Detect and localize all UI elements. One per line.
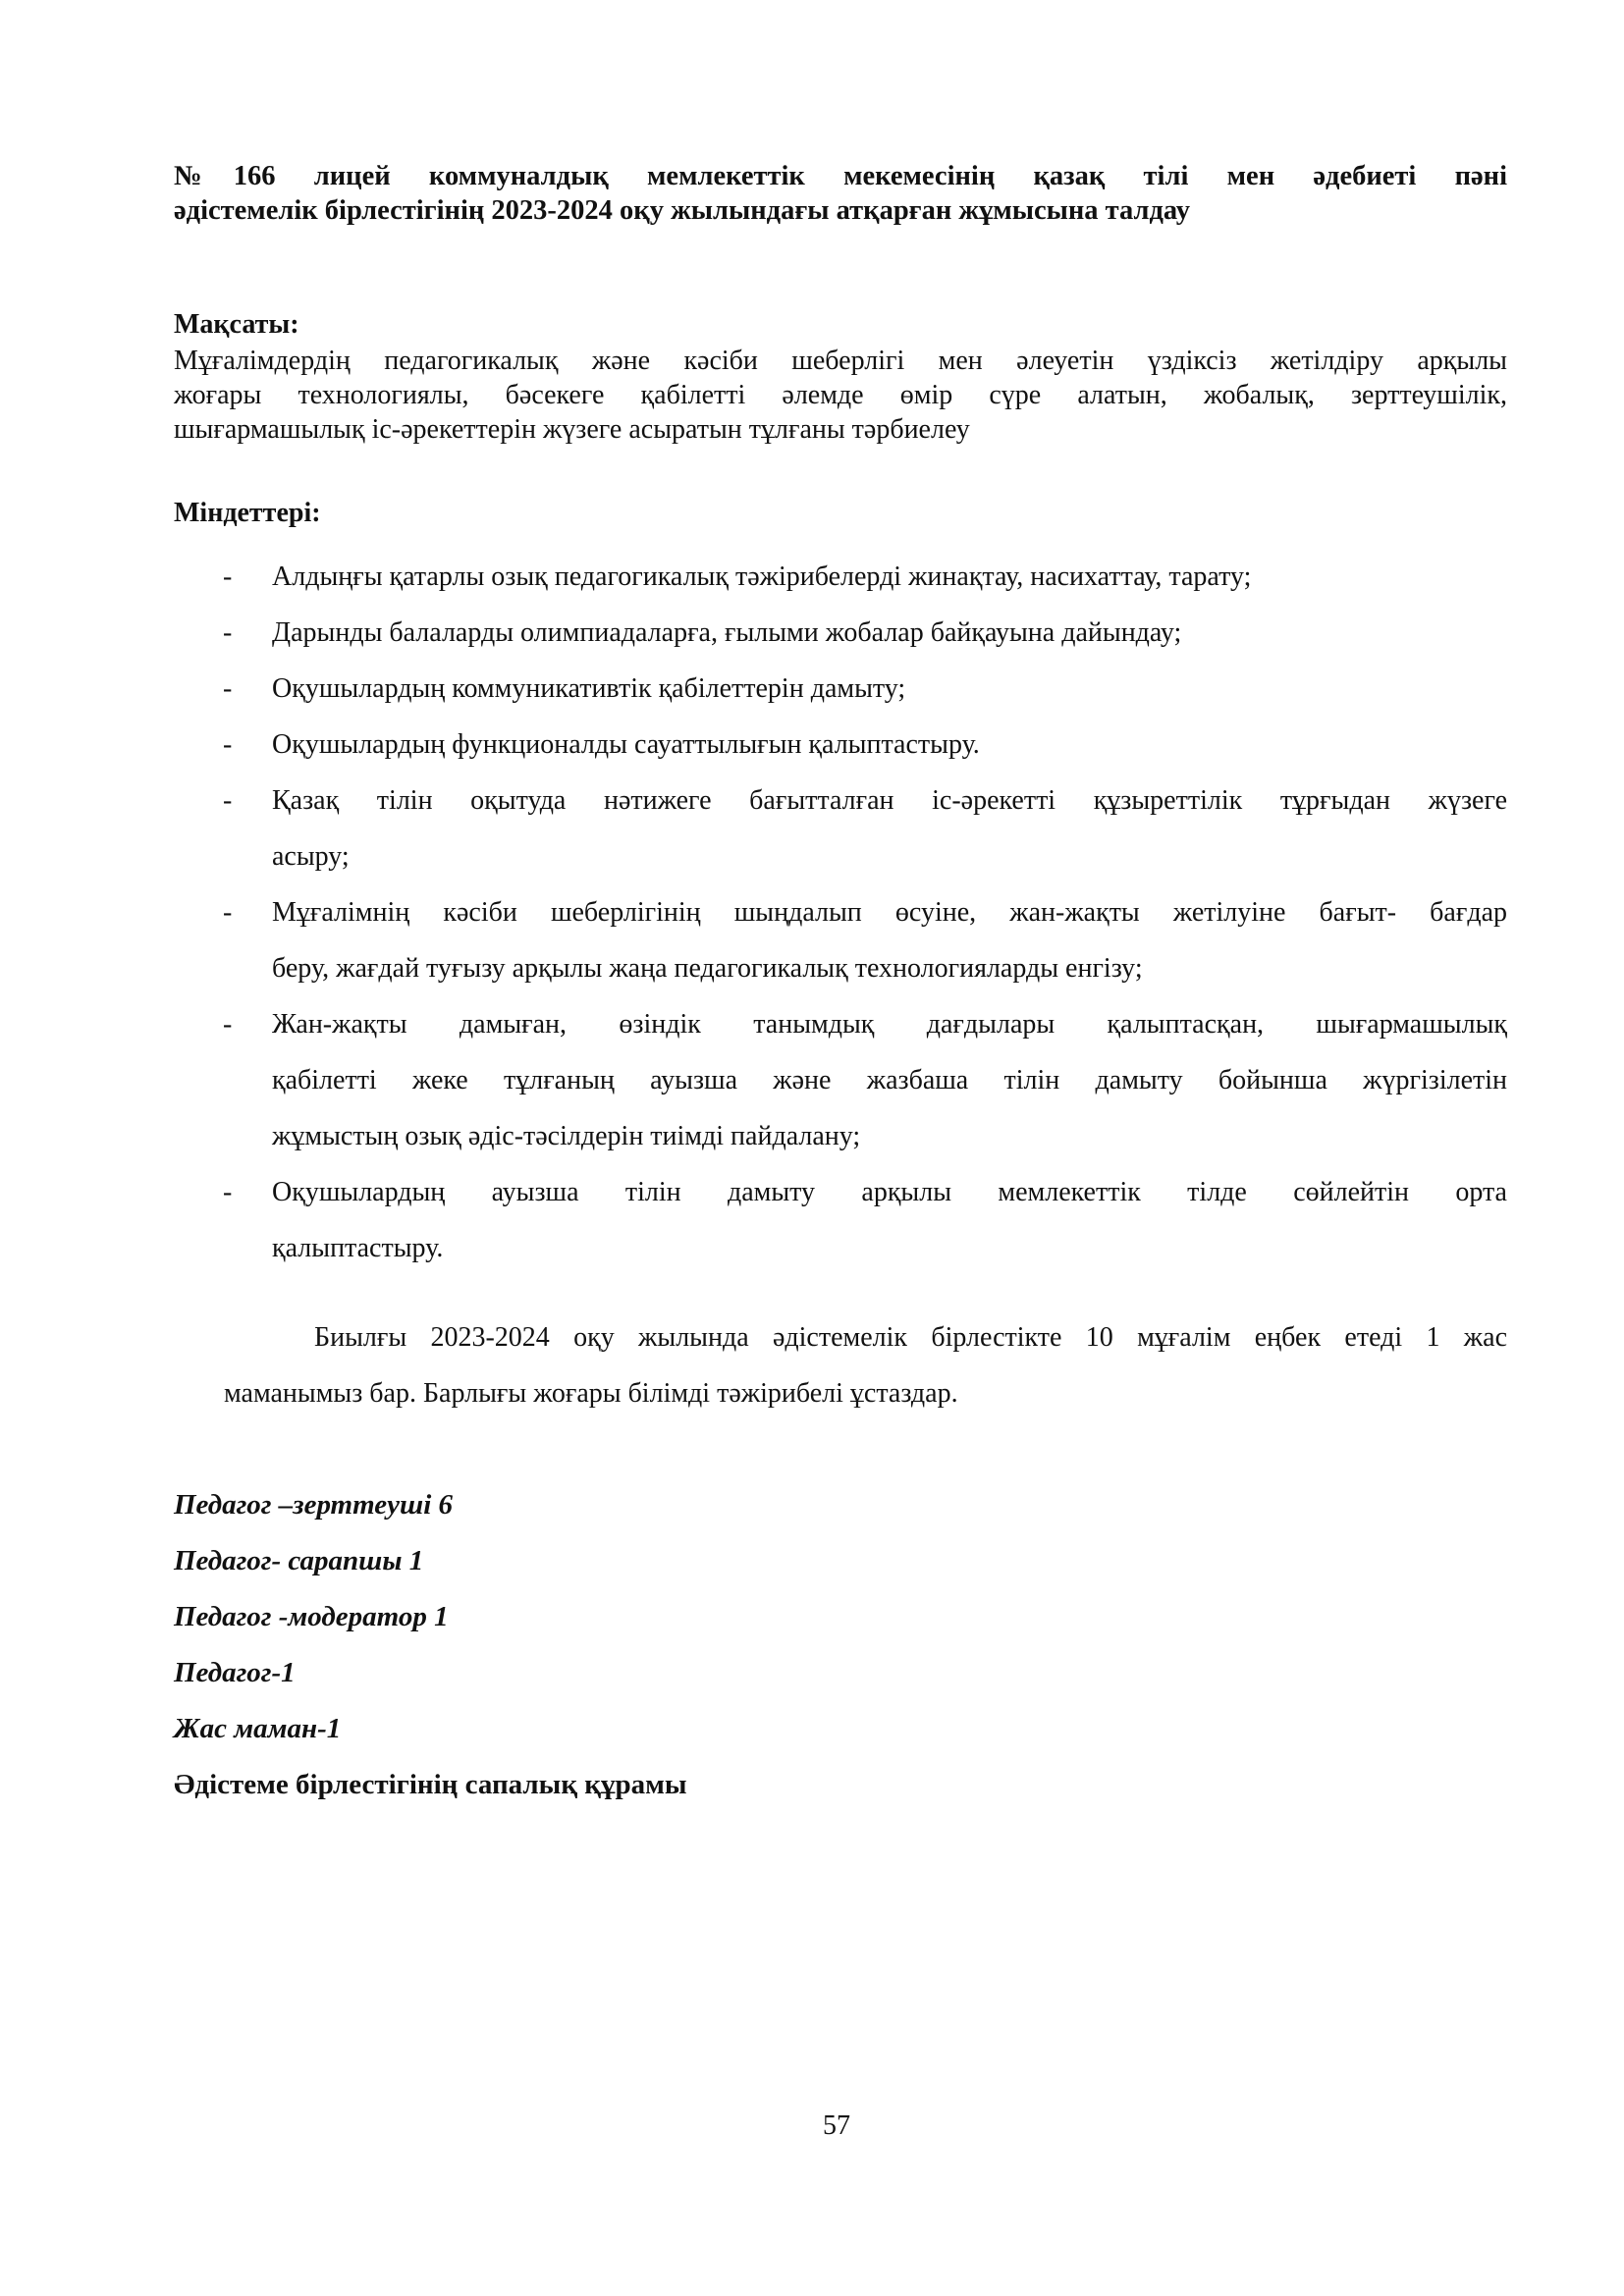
title-line-2: әдістемелік бірлестігінің 2023-2024 оқу …	[174, 193, 1507, 228]
task-line: Дарынды балаларды олимпиадаларға, ғылыми…	[272, 605, 1507, 661]
page-number: 57	[0, 2110, 1624, 2142]
staff-item: Педагог -модератор 1	[174, 1589, 453, 1645]
staff-item: Педагог- сарапшы 1	[174, 1533, 453, 1589]
task-line: жұмыстың озық әдіс-тәсілдерін тиімді пай…	[272, 1108, 1507, 1164]
task-item: -Мұғалімнің кәсіби шеберлігінің шыңдалып…	[174, 884, 1507, 996]
staff-item: Педагог-1	[174, 1645, 453, 1701]
staff-list: Педагог –зерттеуші 6 Педагог- сарапшы 1 …	[174, 1477, 453, 1757]
task-line: Оқушылардың функционалды сауаттылығын қа…	[272, 717, 1507, 773]
bullet-dash: -	[223, 661, 232, 717]
bullet-dash: -	[223, 884, 232, 940]
task-line: Қазақ тілін оқытуда нәтижеге бағытталған…	[272, 773, 1507, 828]
document-page: №166 лицей коммуналдық мемлекеттік мекем…	[0, 0, 1624, 2296]
bullet-dash: -	[223, 1164, 232, 1220]
bullet-dash: -	[223, 773, 232, 828]
task-line: қалыптастыру.	[272, 1220, 1507, 1276]
goal-heading: Мақсаты:	[174, 307, 1507, 342]
task-line: беру, жағдай туғызу арқылы жаңа педагоги…	[272, 940, 1507, 996]
task-line: Мұғалімнің кәсіби шеберлігінің шыңдалып …	[272, 884, 1507, 940]
task-item: -Қазақ тілін оқытуда нәтижеге бағытталға…	[174, 773, 1507, 884]
goal-line: Мұғалімдердің педагогикалық және кәсіби …	[174, 344, 1507, 378]
tasks-list: -Алдыңғы қатарлы озық педагогикалық тәжі…	[174, 549, 1507, 1276]
task-line: Оқушылардың коммуникативтік қабілеттерін…	[272, 661, 1507, 717]
bullet-dash: -	[223, 996, 232, 1052]
goal-line: жоғары технологиялы, бәсекеге қабілетті …	[174, 378, 1507, 412]
task-item: -Оқушылардың коммуникативтік қабілеттері…	[174, 661, 1507, 717]
document-title: №166 лицей коммуналдық мемлекеттік мекем…	[174, 159, 1507, 228]
task-line: Алдыңғы қатарлы озық педагогикалық тәжір…	[272, 549, 1507, 605]
task-item: -Жан-жақты дамыған, өзіндік танымдық дағ…	[174, 996, 1507, 1164]
goal-line: шығармашылық іс-әрекеттерін жүзеге асыра…	[174, 412, 1507, 447]
task-line: қабілетті жеке тұлғаның ауызша және жазб…	[272, 1052, 1507, 1108]
title-line-1: №166 лицей коммуналдық мемлекеттік мекем…	[174, 159, 1507, 193]
task-item: -Оқушылардың функционалды сауаттылығын қ…	[174, 717, 1507, 773]
goal-text: Мұғалімдердің педагогикалық және кәсіби …	[174, 344, 1507, 447]
task-line: Жан-жақты дамыған, өзіндік танымдық дағд…	[272, 996, 1507, 1052]
tasks-heading: Міндеттері:	[174, 496, 1507, 530]
bullet-dash: -	[223, 549, 232, 605]
bullet-dash: -	[223, 605, 232, 661]
task-line: Оқушылардың ауызша тілін дамыту арқылы м…	[272, 1164, 1507, 1220]
paragraph-line-2: маманымыз бар. Барлығы жоғары білімді тә…	[174, 1365, 1507, 1421]
task-item: -Дарынды балаларды олимпиадаларға, ғылым…	[174, 605, 1507, 661]
paragraph-line-1: Биылғы 2023-2024 оқу жылында әдістемелік…	[174, 1309, 1507, 1365]
staff-item: Педагог –зерттеуші 6	[174, 1477, 453, 1533]
task-item: -Оқушылардың ауызша тілін дамыту арқылы …	[174, 1164, 1507, 1276]
staff-item: Жас маман-1	[174, 1701, 453, 1757]
task-item: -Алдыңғы қатарлы озық педагогикалық тәжі…	[174, 549, 1507, 605]
composition-heading: Әдістеме бірлестігінің сапалық құрамы	[174, 1757, 1507, 1813]
staff-paragraph: Биылғы 2023-2024 оқу жылында әдістемелік…	[174, 1309, 1507, 1421]
bullet-dash: -	[223, 717, 232, 773]
task-line: асыру;	[272, 828, 1507, 884]
